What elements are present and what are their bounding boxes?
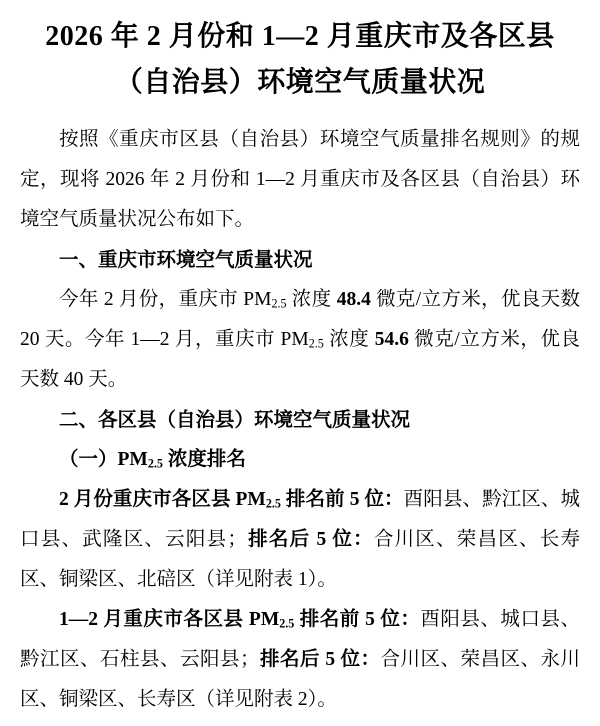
pm25-value-janfeb: 54.6 (375, 329, 409, 350)
intro-paragraph: 按照《重庆市区县（自治县）环境空气质量排名规则》的规定，现将 2026 年 2 … (20, 120, 580, 240)
document-title: 2026 年 2 月份和 1—2 月重庆市及各区县 （自治县）环境空气质量状况 (0, 0, 600, 120)
section2-subheading: （一）PM2.5 浓度排名 (20, 440, 580, 480)
subheading-post: 浓度排名 (163, 449, 246, 470)
section1-text-1: 今年 2 月份，重庆市 PM (59, 289, 271, 310)
ranking-janfeb-lead: 1—2 月重庆市各区县 PM (59, 609, 279, 630)
ranking-paragraph-feb: 2 月份重庆市各区县 PM2.5 排名前 5 位：酉阳县、黔江区、城口县、武隆区… (20, 480, 580, 600)
ranking-feb-lead: 2 月份重庆市各区县 PM (59, 489, 266, 510)
section1-text-2: 浓度 (287, 289, 337, 310)
ranking-janfeb-lead-post: 排名前 5 位： (294, 609, 420, 630)
section1-heading: 一、重庆市环境空气质量状况 (20, 240, 580, 280)
ranking-paragraph-janfeb: 1—2 月重庆市各区县 PM2.5 排名前 5 位：酉阳县、城口县、黔江区、石柱… (20, 600, 580, 720)
title-line-2: （自治县）环境空气质量状况 (0, 60, 600, 106)
pm25-subscript: 2.5 (279, 617, 294, 631)
pm25-value-feb: 48.4 (337, 289, 371, 310)
ranking-feb-bottom-lead: 排名后 5 位： (247, 529, 374, 550)
title-line-1: 2026 年 2 月份和 1—2 月重庆市及各区县 (0, 14, 600, 60)
intro-text: 按照《重庆市区县（自治县）环境空气质量排名规则》的规定，现将 2026 年 2 … (20, 129, 580, 230)
ranking-feb-lead-post: 排名前 5 位： (281, 489, 404, 510)
section2-heading: 二、各区县（自治县）环境空气质量状况 (20, 400, 580, 440)
pm25-subscript: 2.5 (266, 497, 281, 511)
subheading-pre: （一）PM (59, 449, 148, 470)
pm25-subscript: 2.5 (148, 457, 163, 471)
document-page: 2026 年 2 月份和 1—2 月重庆市及各区县 （自治县）环境空气质量状况 … (0, 0, 600, 726)
pm25-subscript: 2.5 (271, 297, 286, 311)
document-body: 按照《重庆市区县（自治县）环境空气质量排名规则》的规定，现将 2026 年 2 … (0, 120, 600, 720)
section1-text-4: 浓度 (324, 329, 375, 350)
ranking-janfeb-bottom-lead: 排名后 5 位： (259, 649, 380, 670)
pm25-subscript: 2.5 (309, 337, 324, 351)
section1-paragraph: 今年 2 月份，重庆市 PM2.5 浓度 48.4 微克/立方米，优良天数 20… (20, 280, 580, 400)
